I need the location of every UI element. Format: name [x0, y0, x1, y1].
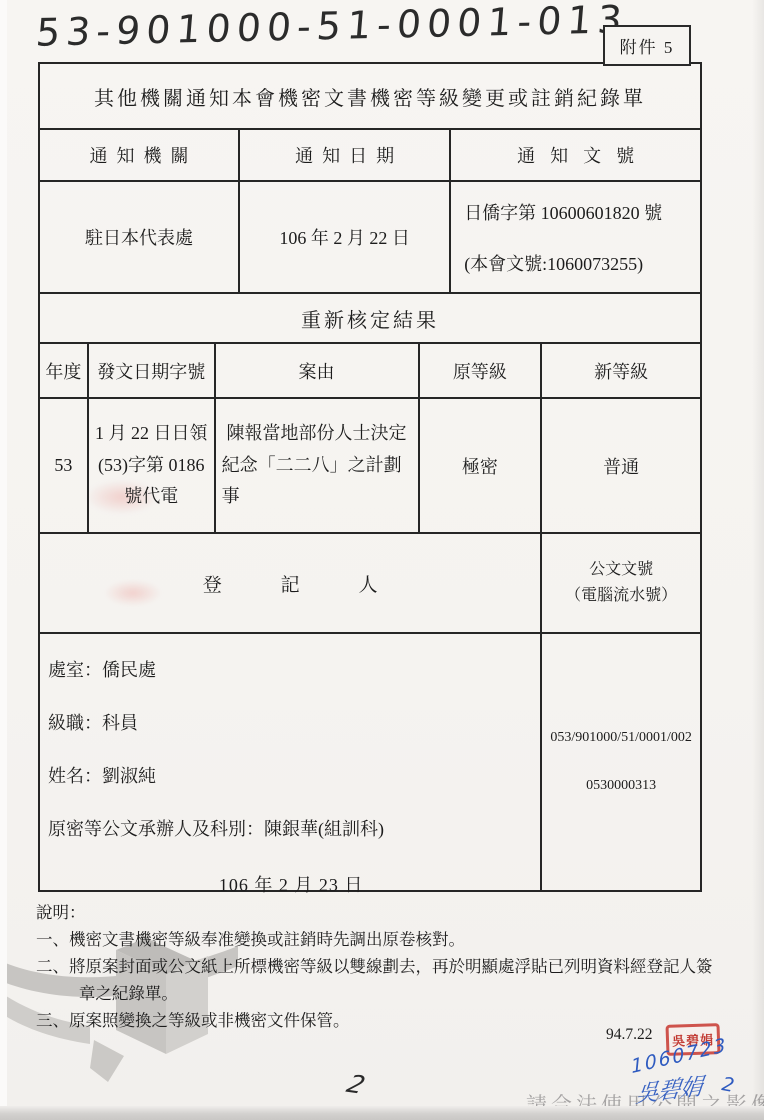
scanned-document-page: 53-901000-51-0001-013 附件 5 其他機關通知本會機密文書機…: [0, 0, 764, 1120]
registrar-name: 姓名：劉淑純: [48, 762, 534, 788]
doc-date-line3: 號代電: [124, 483, 178, 511]
serial-number-header: 公文文號 （電腦流水號）: [540, 534, 700, 632]
new-level-value: 普通: [540, 399, 700, 532]
handwritten-file-number: 53-901000-51-0001-013: [34, 0, 629, 55]
notes-label: 說明：: [36, 899, 720, 926]
serial-number-2: 0530000313: [586, 778, 656, 794]
registration-date: 106 年 2 月 23 日: [48, 871, 534, 897]
notify-agency-value: 駐日本代表處: [40, 182, 238, 292]
notify-header-row: 通知機關 通知日期 通知文號: [40, 128, 700, 180]
record-form-table: 其他機關通知本會機密文書機密等級變更或註銷紀錄單 通知機關 通知日期 通知文號 …: [38, 62, 702, 892]
serial-header-line1: 公文文號: [589, 560, 653, 581]
scan-edge-left: [0, 0, 7, 1120]
registrar-header-row: 登記人 公文文號 （電腦流水號）: [40, 532, 700, 632]
serial-numbers: 053/901000/51/0001/002 0530000313: [540, 634, 700, 890]
scan-edge-bottom: [0, 1106, 764, 1120]
doc-date-header: 發文日期字號: [87, 344, 214, 397]
serial-header-line2: （電腦流水號）: [565, 586, 677, 607]
reapproval-title-row: 重新核定結果: [40, 292, 700, 342]
doc-date-line1: 1 月 22 日日領: [95, 420, 208, 448]
registrar-details: 處室：僑民處 級職：科員 姓名：劉淑純 原密等公文承辦人及科別：陳銀華(組訓科)…: [40, 634, 540, 890]
subject-header: 案由: [214, 344, 418, 397]
registrar-rank: 級職：科員: [48, 709, 534, 735]
doc-date-line2: (53)字第 0186: [98, 452, 205, 480]
year-value: 53: [40, 399, 87, 532]
notify-docno-line2: (本會文號:1060073255): [464, 250, 643, 276]
attachment-label: 附件 5: [620, 33, 675, 58]
registrar-data-row: 處室：僑民處 級職：科員 姓名：劉淑純 原密等公文承辦人及科別：陳銀華(組訓科)…: [40, 632, 700, 890]
reapproval-data-row: 53 1 月 22 日日領 (53)字第 0186 號代電 陳報當地部份人士決定…: [40, 397, 700, 532]
original-level-header: 原等級: [418, 344, 541, 397]
notify-docno-line1: 日僑字第 10600601820 號: [464, 199, 662, 225]
notify-data-row: 駐日本代表處 106 年 2 月 22 日 日僑字第 10600601820 號…: [40, 180, 700, 292]
form-version-date: 94.7.22: [606, 1026, 653, 1044]
note-item-2: 二、將原案封面或公文紙上所標機密等級以雙線劃去，再於明顯處浮貼已列明資料經登記人…: [36, 953, 720, 1007]
original-level-value: 極密: [418, 399, 541, 532]
new-level-header: 新等級: [540, 344, 700, 397]
notify-docno-value: 日僑字第 10600601820 號 (本會文號:1060073255): [449, 182, 700, 292]
registrar-section-title: 登記人: [40, 534, 540, 632]
note-item-1: 一、機密文書機密等級奉准變換或註銷時先調出原卷核對。: [36, 926, 720, 953]
notes-section: 說明： 一、機密文書機密等級奉准變換或註銷時先調出原卷核對。 二、將原案封面或公…: [36, 899, 720, 1034]
doc-date-value: 1 月 22 日日領 (53)字第 0186 號代電: [87, 399, 214, 532]
subject-line1: 陳報當地部份人士決定: [227, 418, 407, 450]
notify-docno-header: 通知文號: [449, 130, 700, 180]
form-title: 其他機關通知本會機密文書機密等級變更或註銷紀錄單: [40, 64, 700, 128]
notify-agency-header: 通知機關: [40, 130, 238, 180]
original-handler: 原密等公文承辦人及科別：陳銀華(組訓科): [48, 815, 534, 841]
notify-date-value: 106 年 2 月 22 日: [238, 182, 449, 292]
notify-date-header: 通知日期: [238, 130, 449, 180]
form-title-row: 其他機關通知本會機密文書機密等級變更或註銷紀錄單: [40, 64, 700, 128]
reapproval-section-title: 重新核定結果: [40, 294, 700, 342]
subject-value: 陳報當地部份人士決定 紀念「二二八」之計劃事: [214, 399, 418, 532]
scan-edge-right: [752, 0, 764, 1120]
serial-number-1: 053/901000/51/0001/002: [550, 730, 692, 746]
handwritten-page-number: 2: [343, 1069, 369, 1099]
subject-line2: 紀念「二二八」之計劃事: [222, 450, 412, 513]
attachment-label-box: 附件 5: [603, 25, 691, 66]
year-header: 年度: [40, 344, 87, 397]
registrar-office: 處室：僑民處: [48, 656, 534, 682]
reapproval-header-row: 年度 發文日期字號 案由 原等級 新等級: [40, 342, 700, 397]
